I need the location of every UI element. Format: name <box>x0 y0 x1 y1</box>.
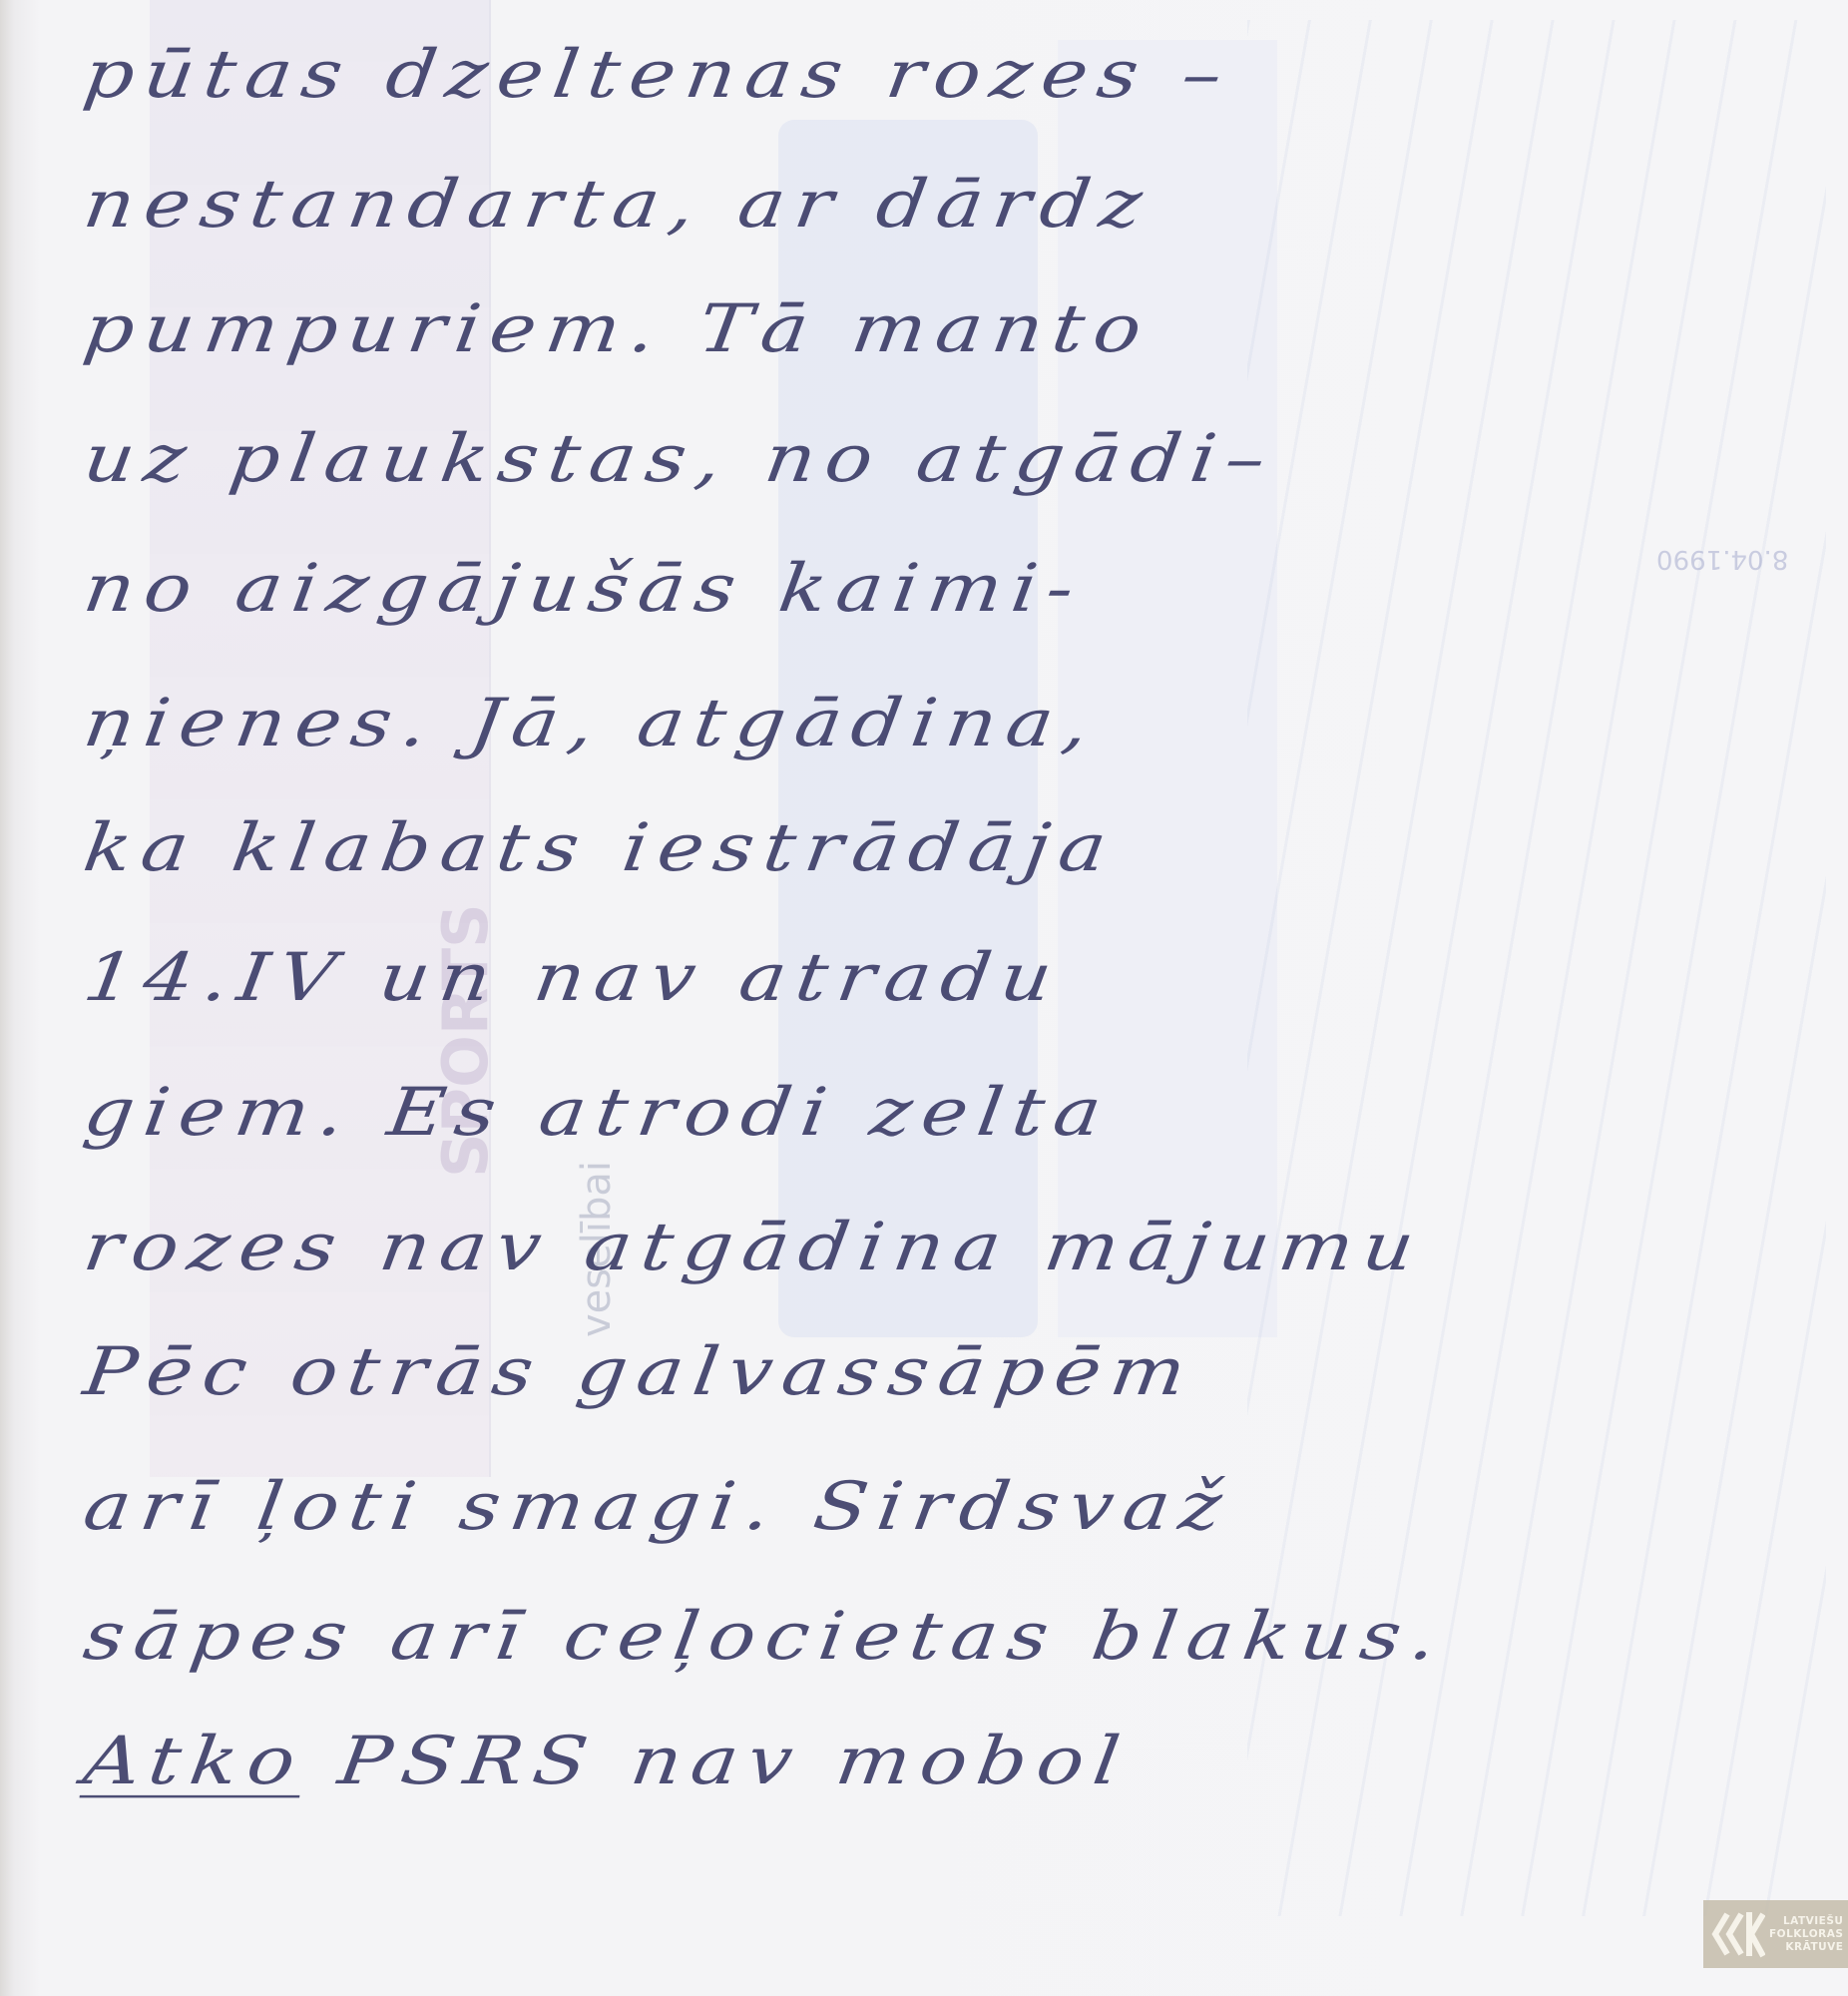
handwritten-line-14: Atko PSRS nav mobol <box>80 1729 1134 1794</box>
handwritten-line-11: Pēc otrās galvassāpēm <box>80 1339 1199 1405</box>
underlined-word: Atko <box>79 1724 309 1800</box>
logo-text: LATVIEŠU FOLKLORAS KRĀTUVE <box>1769 1915 1843 1954</box>
handwritten-line-9: giem. Es atrodi zelta <box>80 1080 1115 1146</box>
handwritten-line-4: uz plaukstas, no atgādi– <box>80 426 1279 492</box>
line-14-rest: PSRS nav mobol <box>334 1724 1135 1800</box>
lfk-chevron-logo-icon <box>1709 1904 1765 1964</box>
logo-line-3: KRĀTUVE <box>1769 1941 1843 1954</box>
bleed-through-date-stamp: 8.04.1990 <box>1656 544 1788 574</box>
logo-line-1: LATVIEŠU <box>1769 1915 1843 1928</box>
manuscript-page: SPORTS veselībai 8.04.1990 pūtas dzelten… <box>0 0 1848 1996</box>
lfk-archive-logo: LATVIEŠU FOLKLORAS KRĀTUVE <box>1703 1900 1848 1968</box>
handwritten-line-3: pumpuriem. Tā manto <box>80 296 1155 362</box>
handwritten-line-8: 14.IV un nav atradu <box>80 945 1066 1011</box>
handwritten-line-6: ņienes. Jā, atgādina, <box>80 691 1103 756</box>
handwritten-line-12: arī ļoti smagi. Sirdsvaž <box>80 1474 1235 1540</box>
handwritten-line-7: ka klabats iestrādāja <box>80 815 1121 881</box>
handwritten-line-5: no aizgājušās kaimi- <box>80 556 1088 622</box>
handwritten-line-10: rozes nav atgādina mājumu <box>80 1215 1428 1280</box>
logo-line-2: FOLKLORAS <box>1769 1928 1843 1941</box>
handwritten-line-13: sāpes arī ceļocietas blakus. <box>80 1604 1450 1670</box>
handwritten-line-1: pūtas dzeltenas rozes – <box>80 42 1236 108</box>
handwritten-line-2: nestandarta, ar dārdz <box>80 172 1155 238</box>
